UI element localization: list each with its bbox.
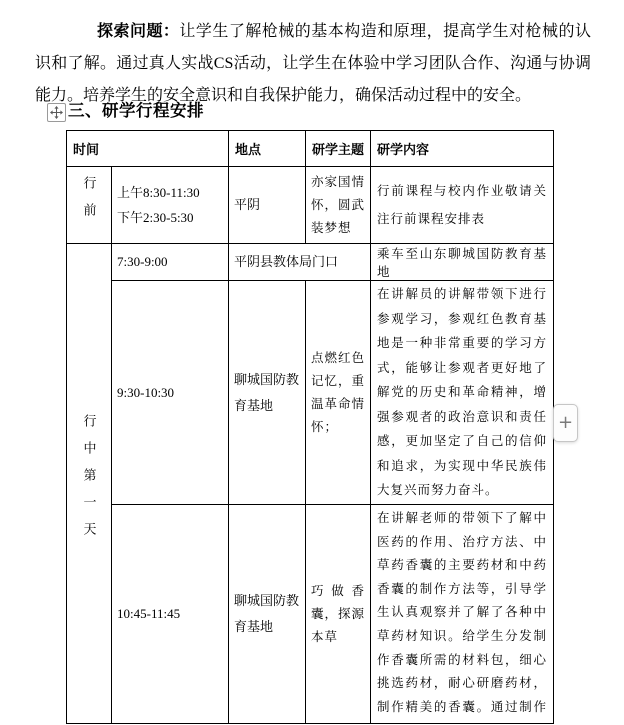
stage-label: 行中第一天	[83, 414, 96, 549]
content-text: 在讲解老师的带领下了解中医药的作用、治疗方法、中草药香囊的主要药材和中药香囊的制…	[377, 507, 547, 721]
table-header-row: 时间 地点 研学主题 研学内容	[67, 131, 554, 167]
table-row-sachet-making: 10:45-11:45 聊城国防教育基地 巧做香囊，探源本草 在讲解老师的带领下…	[67, 505, 554, 724]
move-icon	[50, 106, 63, 119]
table-row-transfer: 行中第一天 7:30-9:00 平阴县教体局门口 乘车至山东聊城国防教育基地	[67, 244, 554, 281]
theme-cell: 巧做香囊，探源本草	[306, 505, 371, 724]
intro-paragraph: 探索问题：让学生了解枪械的基本构造和原理，提高学生对枪械的认识和了解。通过真人实…	[35, 16, 591, 112]
time-cell: 7:30-9:00	[112, 244, 229, 281]
section-heading: 三、研学行程安排	[68, 100, 204, 122]
location-cell: 聊城国防教育基地	[229, 281, 306, 505]
intro-lead-label: 探索问题：	[97, 23, 179, 40]
theme-cell: 点燃红色记忆，重温革命情怀；	[306, 281, 371, 505]
time-cell: 10:45-11:45	[112, 505, 229, 724]
add-button[interactable]: +	[553, 404, 578, 442]
location-cell: 聊城国防教育基地	[229, 505, 306, 724]
table-move-handle[interactable]	[47, 103, 66, 122]
content-cell: 在讲解员的讲解带领下进行参观学习，参观红色教育基地是一种非常重要的学习方式，能够…	[371, 281, 554, 505]
header-time: 时间	[67, 131, 229, 167]
table-row-pretrip: 行前 上午8:30-11:30 下午2:30-5:30 平阴 亦家国情怀，圆武装…	[67, 167, 554, 244]
content-cell: 行前课程与校内作业敬请关注行前课程安排表	[371, 167, 554, 244]
content-text: 在讲解员的讲解带领下进行参观学习，参观红色教育基地是一种非常重要的学习方式，能够…	[377, 282, 547, 503]
header-location: 地点	[229, 131, 306, 167]
stage-label: 行前	[83, 176, 96, 230]
time-afternoon: 下午2:30-5:30	[117, 205, 228, 230]
header-content: 研学内容	[371, 131, 554, 167]
location-cell: 平阴	[229, 167, 306, 244]
time-morning: 上午8:30-11:30	[117, 180, 228, 205]
document-page: 探索问题：让学生了解枪械的基本构造和原理，提高学生对枪械的认识和了解。通过真人实…	[0, 0, 624, 725]
header-theme: 研学主题	[306, 131, 371, 167]
theme-cell: 亦家国情怀，圆武装梦想	[306, 167, 371, 244]
stage-cell-day1: 行中第一天	[67, 244, 112, 724]
stage-cell-pretrip: 行前	[67, 167, 112, 244]
time-cell: 9:30-10:30	[112, 281, 229, 505]
content-cell: 在讲解老师的带领下了解中医药的作用、治疗方法、中草药香囊的主要药材和中药香囊的制…	[371, 505, 554, 724]
time-cell: 上午8:30-11:30 下午2:30-5:30	[112, 167, 229, 244]
itinerary-table: 时间 地点 研学主题 研学内容 行前 上午8:30-11:30 下午2:30-5…	[66, 130, 554, 724]
table-row-red-education: 9:30-10:30 聊城国防教育基地 点燃红色记忆，重温革命情怀； 在讲解员的…	[67, 281, 554, 505]
content-cell: 乘车至山东聊城国防教育基地	[371, 244, 554, 281]
location-cell: 平阴县教体局门口	[229, 244, 371, 281]
